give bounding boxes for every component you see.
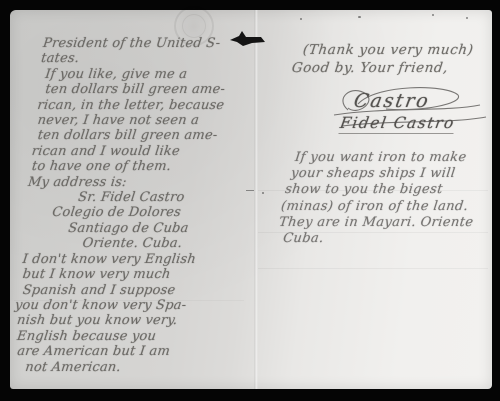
letter-line: you don't know very Spa- [14, 298, 216, 313]
letter-line: President of the United S- [42, 36, 248, 51]
signature-flourish-text: Castro [352, 90, 432, 112]
signature-block: Castro Fidel Castro [328, 82, 493, 140]
letter-line: ten dollars bill green ame- [44, 82, 242, 97]
letter-line: I don't know very English [22, 252, 222, 267]
postscript-line: your sheaps ships I will [290, 166, 488, 182]
address-line: Colegio de Dolores [51, 205, 227, 220]
address-line: Oriente. Cuba. [82, 236, 224, 251]
postscript-line: (minas) of iron of the land. [280, 199, 484, 215]
signature-name: Fidel Castro [338, 114, 456, 134]
dust-speck [432, 14, 434, 16]
letter-line: My address is: [27, 175, 231, 190]
letter-line: Spanish and I suppose [22, 283, 218, 298]
letter-line: English because you [16, 329, 212, 344]
letter-line: rican, in the letter, because [37, 98, 241, 113]
postscript-line: They are in Mayari. Oriente [278, 215, 482, 231]
letter-line: If you like, give me a [44, 67, 244, 82]
embossed-seal-inner-ring [182, 14, 206, 38]
dust-speck [358, 16, 361, 18]
letter-photograph: President of the United S- tates. If you… [0, 0, 500, 401]
postscript-line: Cuba. [282, 231, 480, 247]
letter-line: never, I have not seen a [37, 113, 239, 128]
paper-crease [258, 268, 488, 269]
postscript-text: If you want iron to make your sheaps shi… [276, 150, 490, 247]
letter-line: rican and I would like [31, 144, 235, 159]
letter-line: not American. [24, 360, 208, 375]
letter-line: are American but I am [16, 344, 210, 359]
left-page-text: President of the United S- tates. If you… [2, 36, 248, 375]
postscript-line: If you want iron to make [294, 150, 490, 166]
address-line: Santiago de Cuba [67, 221, 225, 236]
letter-line: to have one of them. [31, 159, 233, 174]
closing-line: (Thank you very much) [302, 42, 485, 60]
closing-text: (Thank you very much) Good by. Your frie… [291, 42, 485, 77]
letter-line: ten dollars bill green ame- [37, 128, 237, 143]
letter-line: but I know very much [22, 267, 220, 282]
postscript-line: show to you the bigest [284, 182, 486, 198]
pencil-dash-mark [246, 190, 254, 191]
letter-line: tates. [40, 51, 246, 66]
letter-line: nish but you know very. [16, 313, 214, 328]
dust-speck [300, 18, 302, 20]
closing-line: Good by. Your friend, [291, 60, 483, 78]
fold-crease [254, 10, 258, 389]
dust-speck [466, 17, 468, 19]
address-line: Sr. Fidel Castro [77, 190, 229, 205]
pencil-dot-mark [262, 192, 264, 194]
